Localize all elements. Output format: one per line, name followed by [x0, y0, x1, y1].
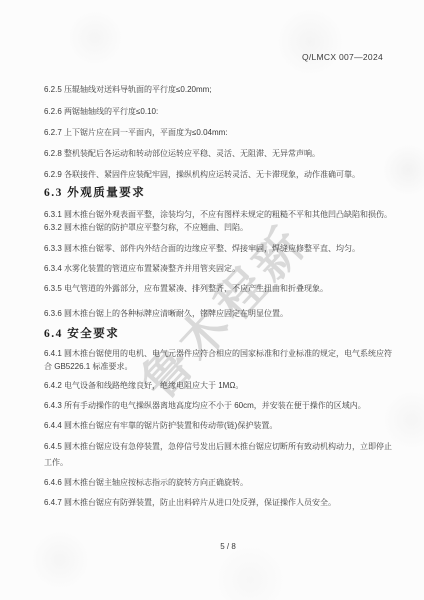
- clause-6.2.6: 6.2.6 两锯轴轴线的平行度≤0.10:: [44, 106, 158, 117]
- page-number: 5 / 8: [220, 542, 236, 551]
- clause-6.2.9: 6.2.9 各联接件、紧固件应装配牢固，操纵机构应运转灵活、无卡滞现象，动作准确…: [44, 169, 360, 180]
- clause-6.3.1: 6.3.1 圆木推台锯外观表面平整，涂装均匀，不应有图样未规定的粗糙不平和其他凹…: [44, 209, 392, 220]
- clause-6.4.1-continuation: 合 GB5226.1 标准要求。: [44, 361, 132, 372]
- clause-6.4.7: 6.4.7 圆木推台锯应有防弹装置，防止出料碎片从进口处反弹，保证操作人员安全。: [44, 497, 336, 508]
- document-page: 鲁木程新 Q/LMCX 007—2024 6.2.5 压辊轴线对送料导轨面的平行…: [0, 0, 424, 600]
- clause-6.3.3: 6.3.3 圆木推台锯零、部件内外结合面的边缘应平整、焊接牢固，焊缝应修整平直、…: [44, 243, 360, 254]
- clause-6.3.4: 6.3.4 水雾化装置的管道应布置紧凑整齐并用管夹固定。: [44, 263, 240, 274]
- clause-6.2.5: 6.2.5 压辊轴线对送料导轨面的平行度≤0.20mm;: [44, 84, 212, 95]
- standard-number: Q/LMCX 007—2024: [302, 52, 383, 62]
- clause-6.3.2: 6.3.2 圆木推台锯的防护罩应平整匀称，不应翘曲、凹陷。: [44, 222, 248, 233]
- clause-6.4.6: 6.4.6 圆木推台锯主轴应按标志指示的旋转方向正确旋转。: [44, 477, 248, 488]
- clause-6.2.7: 6.2.7 上下锯片应在同一平面内，平面度为≤0.04mm:: [44, 127, 228, 138]
- clause-6.4.2: 6.4.2 电气设备和线路绝缘良好，绝缘电阻应大于 1MΩ。: [44, 380, 243, 391]
- clause-6.4.5-continuation: 工作。: [44, 457, 68, 468]
- clause-6.4.4: 6.4.4 圆木推台锯应有牢靠的锯片防护装置和传动带(链)保护装置。: [44, 420, 277, 431]
- section-heading-6.3: 6.3 外观质量要求: [44, 186, 145, 200]
- clause-6.4.5: 6.4.5 圆木推台锯应设有急停装置，急停信号发出后圆木推台锯应切断所有致动机构…: [44, 441, 392, 452]
- clause-6.2.8: 6.2.8 整机装配后各运动和转动部位运转应平稳、灵活、无阻滞、无异常声响。: [44, 148, 320, 159]
- clause-6.3.6: 6.3.6 圆木推台锯上的各种标牌应清晰耐久，铭牌应固定在明显位置。: [44, 308, 288, 319]
- clause-6.3.5: 6.3.5 电气管道的外露部分，应布置紧凑、排列整齐，不应产生扭曲和折叠现象。: [44, 283, 328, 294]
- clause-6.4.1: 6.4.1 圆木推台锯使用的电机、电气元器件应符合相应的国家标准和行业标准的规定…: [44, 348, 392, 359]
- clause-6.4.3: 6.4.3 所有手动操作的电气操纵器离地高度均应不小于 60cm，并安装在便于操…: [44, 400, 366, 411]
- section-heading-6.4: 6.4 安全要求: [44, 327, 119, 341]
